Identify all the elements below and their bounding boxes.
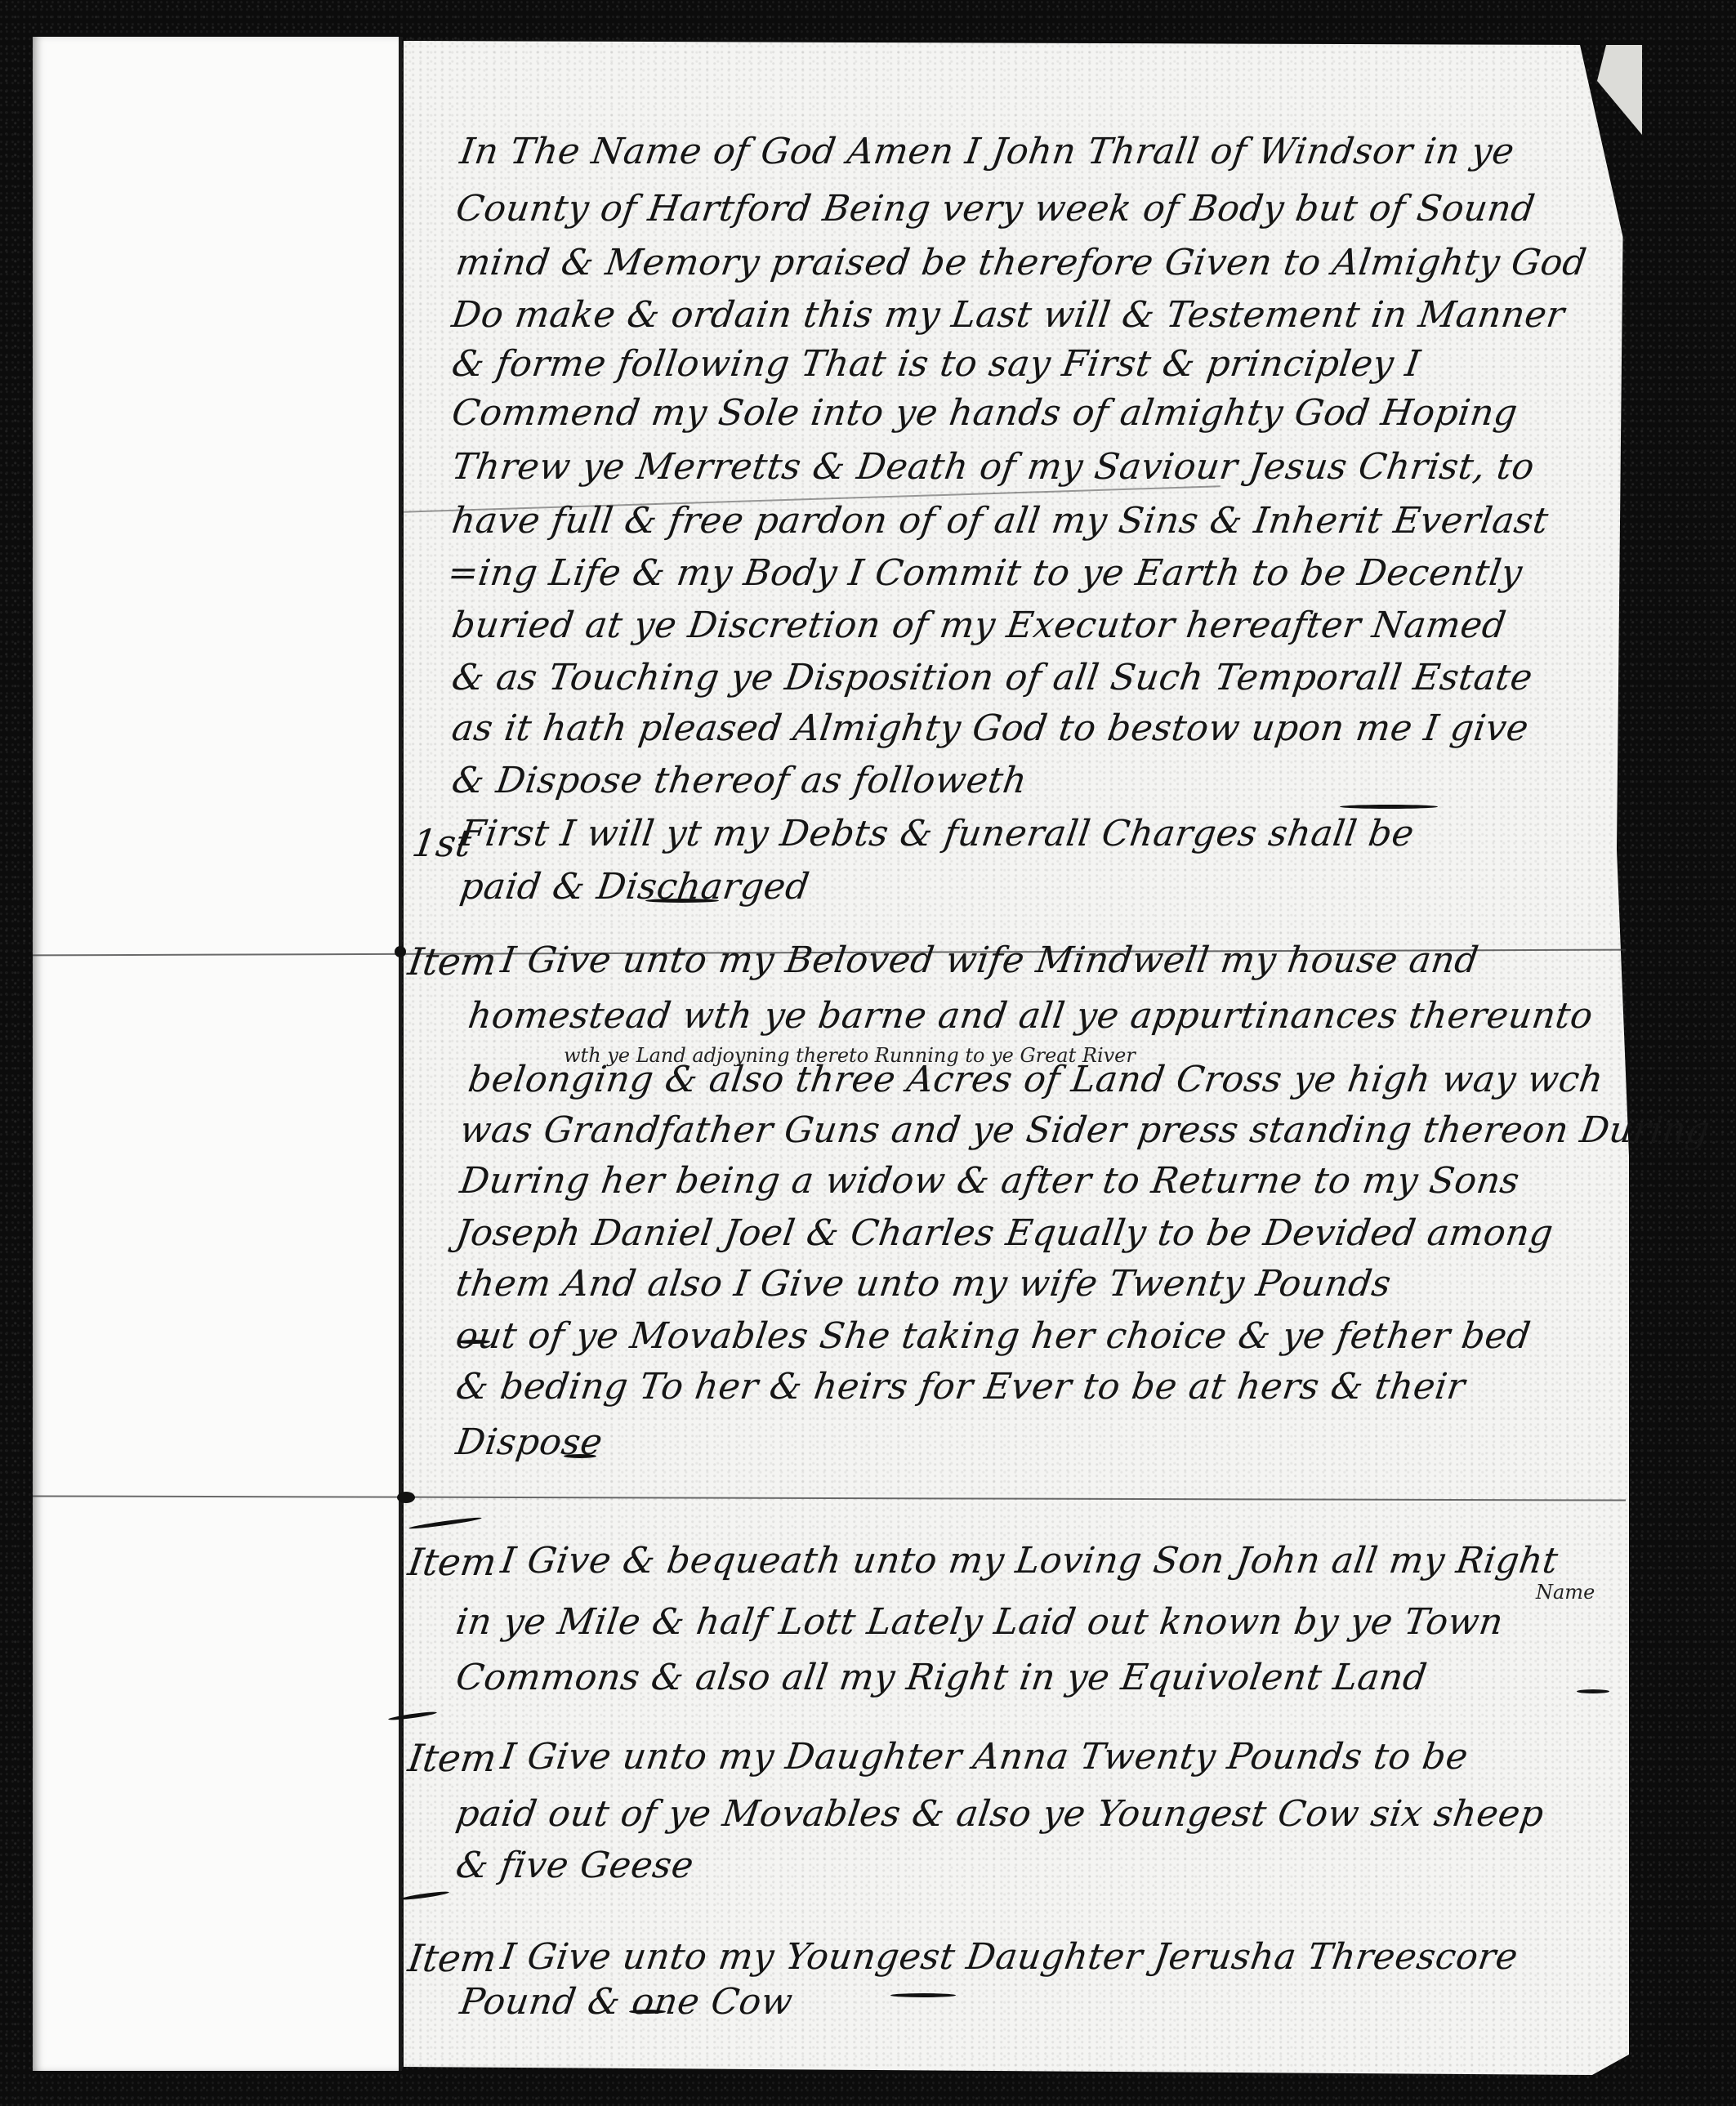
margin-mark-item: Item [405,1936,499,1980]
margin-mark-item: Item [405,939,499,984]
line-filler-dash [645,899,719,903]
text-line: out of ye Movables She taking her choice… [453,1315,1533,1357]
text-line: =ing Life & my Body I Commit to ye Earth… [445,552,1525,594]
text-line: I Give & bequeath unto my Loving Son Joh… [498,1540,1560,1582]
text-line: I Give unto my Youngest Daughter Jerusha… [498,1936,1520,1978]
text-line: have full & free pardon of of all my Sin… [449,500,1551,542]
fold-intersection-mark [397,1492,415,1503]
text-line: & as Touching ye Disposition of all Such… [449,657,1535,698]
text-line: I Give unto my Daughter Anna Twenty Poun… [498,1736,1470,1778]
text-line: homestead wth ye barne and all ye appurt… [466,995,1595,1037]
text-line: & Dispose thereof as followeth [449,760,1029,801]
text-line: in ye Mile & half Lott Lately Laid out k… [453,1601,1506,1643]
text-line: Pound & one Cow [457,1981,796,2023]
text-line: Commend my Sole into ye hands of almight… [449,392,1520,434]
text-line: was Grandfather Guns and ye Sider press … [457,1109,1712,1151]
margin-mark-item: Item [405,1540,499,1584]
line-filler-dash [1340,805,1438,809]
interlinear-insertion: Name [1536,1581,1595,1604]
fold-intersection-mark [395,946,406,957]
text-line: as it hath pleased Almighty God to besto… [449,707,1531,749]
line-filler-dash [890,1993,956,1997]
line-filler-dash [564,1454,596,1458]
text-line: During her being a widow & after to Retu… [457,1160,1522,1202]
text-line: & beding To her & heirs for Ever to be a… [453,1366,1468,1408]
text-line: buried at ye Discretion of my Executor h… [449,605,1509,646]
line-filler-dash [1577,1689,1609,1693]
text-line: Commons & also all my Right in ye Equivo… [453,1657,1430,1698]
text-line: them And also I Give unto my wife Twenty… [453,1263,1394,1305]
text-line: Joseph Daniel Joel & Charles Equally to … [453,1212,1555,1254]
text-line: First I will yt my Debts & funerall Char… [457,813,1417,854]
blank-facing-page [33,37,402,2071]
text-line: paid out of ye Movables & also ye Younge… [453,1793,1546,1835]
text-line: Threw ye Merretts & Death of my Saviour … [449,446,1537,488]
text-line: I Give unto my Beloved wife Mindwell my … [498,939,1481,981]
text-line: Do make & ordain this my Last will & Tes… [449,294,1567,336]
text-line: belonging & also three Acres of Land Cro… [466,1059,1606,1100]
line-filler-dash [629,2010,666,2014]
text-line: mind & Memory praised be therefore Given… [453,242,1589,283]
text-line: & forme following That is to say First &… [449,343,1423,385]
margin-mark-item: Item [405,1736,499,1780]
text-line: In The Name of God Amen I John Thrall of… [457,131,1517,172]
text-line: County of Hartford Being very week of Bo… [453,188,1537,230]
text-line: & five Geese [453,1845,696,1886]
text-line: paid & Discharged [457,866,812,908]
binding-fold-line [399,37,402,2071]
